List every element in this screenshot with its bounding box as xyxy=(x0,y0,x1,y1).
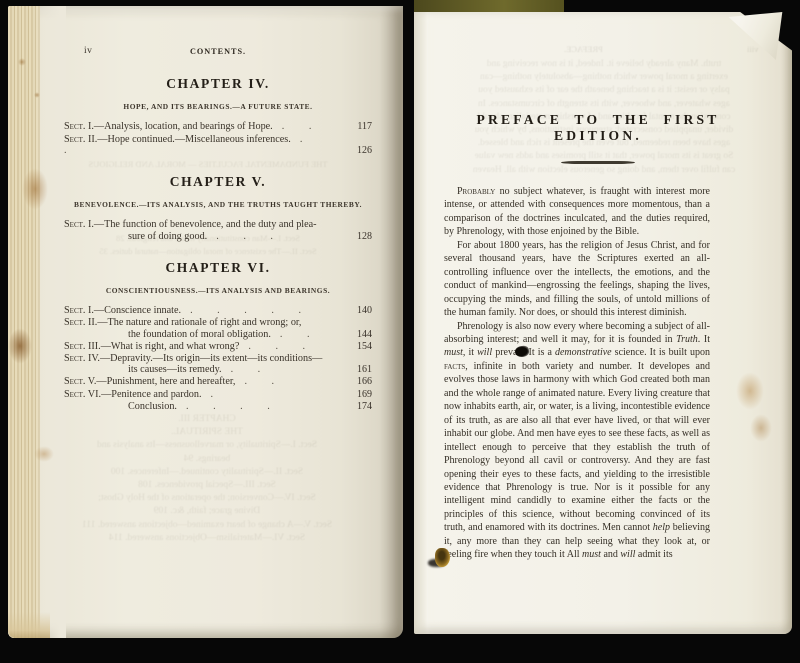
ghost-line: Sect. III.—Special providences. 108 xyxy=(46,479,368,492)
paper-hole xyxy=(435,548,450,567)
toc-label: Sect. II.—The nature and rationale of ri… xyxy=(64,317,321,339)
preface-body: Probably no subject whatever, is fraught… xyxy=(444,185,710,562)
toc-page-ref: 128 xyxy=(357,231,372,242)
foxing-stain xyxy=(736,372,764,410)
toc-page-ref: 161 xyxy=(357,364,372,375)
ghost-line: exerting a moral power which nothing—abs… xyxy=(462,71,746,84)
ghost-line: CHAPTER III. xyxy=(46,413,368,426)
toc-row: Conclusion.. . . .174 xyxy=(64,401,372,412)
toc-row: Sect. IV.—Depravity.—Its origin—its exte… xyxy=(64,353,372,375)
ghost-line: palsy or resist: it is a teaching beneat… xyxy=(462,84,746,97)
toc-page-ref: 144 xyxy=(357,329,372,340)
dot-leader: . . xyxy=(231,364,272,375)
preface-paragraph: For about 1800 years, has the religion o… xyxy=(444,239,710,320)
chapter-heading: CHAPTER V. xyxy=(64,176,372,187)
dot-leader: . . . xyxy=(248,341,316,352)
foxing-stain xyxy=(750,414,772,442)
toc-label: Sect. V.—Punishment, here and hereafter,… xyxy=(64,376,285,387)
running-head: CONTENTS. xyxy=(64,46,372,57)
toc-label: Sect. VI.—Penitence and pardon.. xyxy=(64,389,224,400)
ghost-folio: viii xyxy=(747,44,758,54)
toc-page-ref: 166 xyxy=(357,376,372,387)
toc-page-ref: 117 xyxy=(357,121,372,132)
ghost-line: truth. Many already believe it. Indeed, … xyxy=(462,58,746,71)
toc-page-ref: 174 xyxy=(357,401,372,412)
book-spread-photo: THE FUNDAMENTAL FACULTIES — MORAL AND RE… xyxy=(0,0,800,663)
toc-label: Conclusion.. . . . xyxy=(64,401,281,412)
ghost-line: Sect. II.—Spirituality continued.—Infere… xyxy=(46,466,368,479)
left-page-header: iv CONTENTS. xyxy=(64,46,372,58)
toc-label: Sect. II.—Hope continued.—Miscellaneous … xyxy=(64,134,313,156)
toc-row: Sect. III.—What is right, and what wrong… xyxy=(64,341,372,352)
toc-row: Sect. I.—The function of benevolence, an… xyxy=(64,219,372,241)
toc-row: Sect. I.—Conscience innate.. . . . .140 xyxy=(64,305,372,316)
toc-page-ref: 154 xyxy=(357,341,372,352)
toc-row: Sect. II.—Hope continued.—Miscellaneous … xyxy=(64,134,372,156)
dot-leader: . . xyxy=(280,329,321,340)
ghost-running-head: PREFACE. xyxy=(564,44,603,54)
toc-page-ref: 140 xyxy=(357,305,372,316)
chapter-heading: CHAPTER VI. xyxy=(64,262,372,273)
ghost-line: Sect. VI.—Materialism—Objections answere… xyxy=(46,532,368,545)
dot-leader: . . . . xyxy=(186,401,281,412)
toc-chapter: CHAPTER VI.CONSCIENTIOUSNESS.—ITS ANALYS… xyxy=(64,262,372,412)
toc-row: Sect. II.—The nature and rationale of ri… xyxy=(64,317,372,339)
toc-row: Sect. I.—Analysis, location, and bearing… xyxy=(64,121,372,132)
right-page: PREFACE. viii truth. Many already believ… xyxy=(414,12,792,634)
chapter-subtitle: BENEVOLENCE.—ITS ANALYSIS, AND THE TRUTH… xyxy=(64,199,372,210)
toc-label: Sect. IV.—Depravity.—Its origin—its exte… xyxy=(64,353,322,375)
toc-row: Sect. V.—Punishment, here and hereafter,… xyxy=(64,376,372,387)
chapter-subtitle: CONSCIENTIOUSNESS.—ITS ANALYSIS AND BEAR… xyxy=(64,285,372,296)
table-of-contents: CHAPTER IV.HOPE, AND ITS BEARINGS.—A FUT… xyxy=(64,78,372,412)
preface-title-block: PREFACE TO THE FIRST EDITION. xyxy=(458,112,738,164)
toc-row: Sect. VI.—Penitence and pardon..169 xyxy=(64,389,372,400)
chapter-heading: CHAPTER IV. xyxy=(64,78,372,89)
dot-leader: . . . xyxy=(216,231,284,242)
toc-label: Sect. III.—What is right, and what wrong… xyxy=(64,341,316,352)
title-rule xyxy=(561,161,635,164)
preface-paragraph: Phrenology is also now every where becom… xyxy=(444,320,710,562)
chapter-subtitle: HOPE, AND ITS BEARINGS.—A FUTURE STATE. xyxy=(64,101,372,112)
toc-page-ref: 169 xyxy=(357,389,372,400)
ghost-line: Sect. IV.—Conversion; the operations of … xyxy=(46,492,368,505)
toc-label: Sect. I.—The function of benevolence, an… xyxy=(64,219,317,241)
toc-label: Sect. I.—Conscience innate.. . . . . xyxy=(64,305,312,316)
ghost-line: Sect. V.—A change of heart examined—obje… xyxy=(46,519,368,532)
page-edge-fade xyxy=(32,6,66,638)
ghost-text: CHAPTER III.THE SPIRITUAL.Sect. I.—Spiri… xyxy=(46,413,368,545)
dot-leader: . . . . . xyxy=(190,305,312,316)
page-edge-bottom xyxy=(8,612,50,638)
dot-leader: . . xyxy=(282,121,323,132)
left-page: THE FUNDAMENTAL FACULTIES — MORAL AND RE… xyxy=(8,6,403,638)
ghost-line: THE SPIRITUAL. xyxy=(46,426,368,439)
toc-chapter: CHAPTER V.BENEVOLENCE.—ITS ANALYSIS, AND… xyxy=(64,176,372,242)
ghost-line: ages whatever, and whoever, with its str… xyxy=(462,98,746,111)
toc-label: Sect. I.—Analysis, location, and bearing… xyxy=(64,121,322,132)
ghost-line: bearings. 94 xyxy=(46,453,368,466)
preface-title: PREFACE TO THE FIRST EDITION. xyxy=(458,112,738,144)
dot-leader: . . xyxy=(64,134,313,156)
toc-page-ref: 126 xyxy=(357,145,372,156)
ghost-line: Divine grace; faith, &c. 109 xyxy=(46,505,368,518)
dot-leader: . xyxy=(211,389,225,400)
preface-paragraph: Probably no subject whatever, is fraught… xyxy=(444,185,710,239)
dot-leader: . . xyxy=(244,376,285,387)
underlying-page-edge xyxy=(414,0,564,12)
ghost-line: Sect. I.—Spirituality, or marvellousness… xyxy=(46,439,368,452)
toc-chapter: CHAPTER IV.HOPE, AND ITS BEARINGS.—A FUT… xyxy=(64,78,372,156)
